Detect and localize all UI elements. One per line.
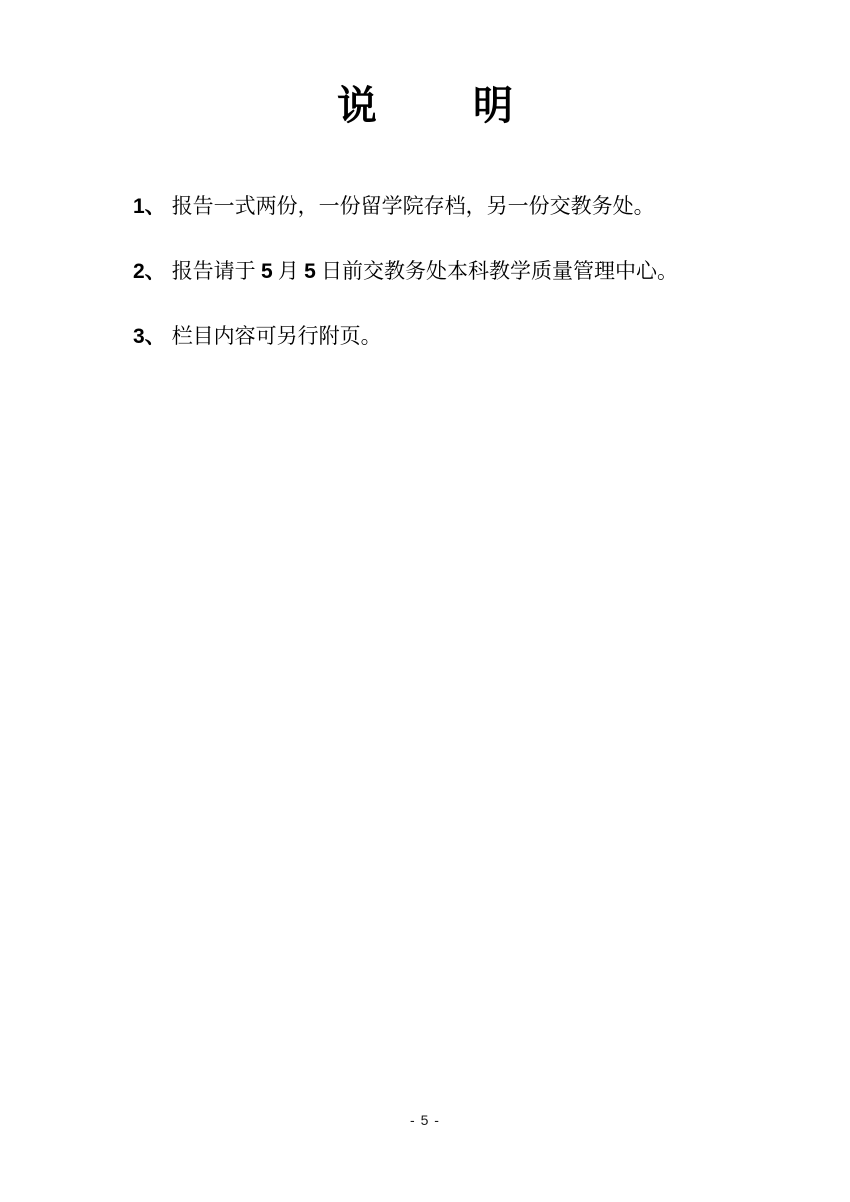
note-item: 2、报告请于 5 月 5 日前交教务处本科教学质量管理中心。 bbox=[133, 257, 770, 286]
notes-list: 1、报告一式两份，一份留学院存档，另一份交教务处。2、报告请于 5 月 5 日前… bbox=[133, 192, 770, 351]
note-text-run: 月 bbox=[273, 259, 305, 283]
note-item: 1、报告一式两份，一份留学院存档，另一份交教务处。 bbox=[133, 192, 770, 221]
document-page: 说明 1、报告一式两份，一份留学院存档，另一份交教务处。2、报告请于 5 月 5… bbox=[0, 0, 850, 1202]
note-number: 1、 bbox=[133, 195, 166, 218]
note-number: 2、 bbox=[133, 260, 166, 283]
note-text-run: 5 bbox=[304, 260, 316, 283]
title-row: 说明 bbox=[0, 0, 850, 126]
note-text-run: 报告请于 bbox=[172, 259, 261, 283]
note-item: 3、栏目内容可另行附页。 bbox=[133, 322, 770, 351]
note-text-run: 报告一式两份，一份留学院存档，另一份交教务处。 bbox=[172, 194, 655, 218]
page-title: 说明 bbox=[337, 86, 609, 126]
note-text-run: 日前交教务处本科教学质量管理中心。 bbox=[316, 259, 678, 283]
note-number: 3、 bbox=[133, 325, 166, 348]
note-text-run: 栏目内容可另行附页。 bbox=[172, 324, 382, 348]
page-number: - 5 - bbox=[0, 1112, 850, 1128]
note-text-run: 5 bbox=[261, 260, 273, 283]
